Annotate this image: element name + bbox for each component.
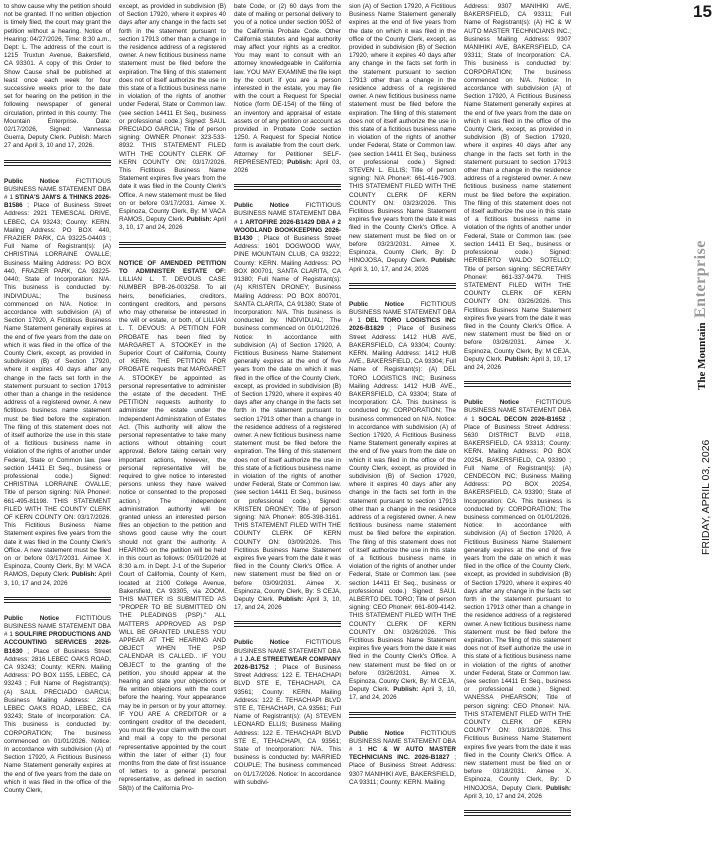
notice-divider xyxy=(4,160,111,166)
page-number: 15 xyxy=(693,2,712,22)
notice-body: sion (A) of Section 17920, A Fictitious … xyxy=(349,3,456,264)
notice-divider xyxy=(119,242,226,248)
notice-divider xyxy=(464,381,571,387)
notice-divider xyxy=(349,283,456,289)
publish-label: Publish: xyxy=(431,257,456,264)
dateline: FRIDAY, APRIL 03, 2026 xyxy=(700,440,712,555)
notice-heading: NOTICE OF AMENDED PETITION TO ADMINISTER… xyxy=(119,260,226,275)
publish-label: Publish: xyxy=(72,571,97,578)
fictitious-business-notice: Public Notice FICTITIOUS BUSINESS NAME S… xyxy=(4,615,111,795)
publish-dates: April 3, 10, 17 and 24, 2026 xyxy=(464,793,542,800)
notice-body: LILLIAN L. T. DEVOUS CASE NUMBER BPB-26-… xyxy=(119,276,226,792)
notice-continuation: Address: 9307 MANIHIKI AVE, BAKERSFIELD,… xyxy=(464,3,571,372)
newspaper-page: to show cause why the petition should no… xyxy=(0,0,723,856)
notice-body: to show cause why the petition should no… xyxy=(4,3,111,149)
notice-body: ; Place of Business Street Address: 122 … xyxy=(234,664,341,786)
notice-body: bate Code, or (2) 60 days from the date … xyxy=(234,3,341,166)
publish-label: Publish: xyxy=(546,785,571,792)
notice-lead: Public Notice xyxy=(234,639,289,646)
notice-body: ; Place of Business Street Address: 1601… xyxy=(234,235,341,603)
fictitious-business-notice: Public Notice FICTITIOUS BUSINESS NAME S… xyxy=(4,178,111,588)
notice-divider xyxy=(349,712,456,718)
publish-label: Publish: xyxy=(287,159,312,166)
notice-continuation: except, as provided in subdivision (B) o… xyxy=(119,3,226,233)
masthead-name: Enterprise xyxy=(692,240,709,318)
column-1: to show cause why the petition should no… xyxy=(4,3,111,856)
column-4: sion (A) of Section 17920, A Fictitious … xyxy=(349,3,456,856)
notice-divider xyxy=(464,810,571,816)
fictitious-business-notice: Public Notice FICTITIOUS BUSINESS NAME S… xyxy=(234,639,341,787)
publish-label: Publish: xyxy=(393,686,418,693)
notice-divider xyxy=(234,184,341,190)
notice-lead: Public Notice xyxy=(349,301,404,308)
notice-divider xyxy=(4,597,111,603)
notice-lead: Public Notice xyxy=(349,730,404,737)
notice-body: ; Place of Business Street Address: 1412… xyxy=(349,325,456,693)
page-rail: 15 The Mountain Enterprise FRIDAY, APRIL… xyxy=(690,0,723,856)
notice-lead: Public Notice xyxy=(234,202,289,209)
notice-lead: Public Notice xyxy=(4,615,59,622)
legal-notices-columns: to show cause why the petition should no… xyxy=(4,3,688,856)
publish-label: Publish: xyxy=(187,216,212,223)
notice-divider xyxy=(234,621,341,627)
notice-body: ; Place of Business Street Address: 2921… xyxy=(4,202,111,578)
notice-body: ; Place of Business Street Address: 5630… xyxy=(464,416,571,792)
notice-dba-name: HC & W AUTO MASTER TECHNICIANS INC. 2026… xyxy=(349,746,456,761)
column-3: bate Code, or (2) 60 days from the date … xyxy=(234,3,341,856)
notice-body: ; Place of Business Street Address: 2816… xyxy=(4,648,111,794)
masthead: The Mountain Enterprise xyxy=(692,240,710,390)
notice-lead: Public Notice xyxy=(464,399,519,406)
fictitious-business-notice: Public Notice FICTITIOUS BUSINESS NAME S… xyxy=(464,399,571,801)
publish-label: Publish: xyxy=(505,356,530,363)
column-2: except, as provided in subdivision (B) o… xyxy=(119,3,226,856)
notice-lead: Public Notice xyxy=(4,178,59,185)
publish-label: Publish: xyxy=(278,596,303,603)
notice-continuation: bate Code, or (2) 60 days from the date … xyxy=(234,3,341,175)
probate-notice: NOTICE OF AMENDED PETITION TO ADMINISTER… xyxy=(119,260,226,793)
notice-continuation: to show cause why the petition should no… xyxy=(4,3,111,151)
fictitious-business-notice: Public Notice FICTITIOUS BUSINESS NAME S… xyxy=(349,730,456,787)
notice-body: except, as provided in subdivision (B) o… xyxy=(119,3,226,223)
fictitious-business-notice: Public Notice FICTITIOUS BUSINESS NAME S… xyxy=(349,301,456,703)
notice-body: Address: 9307 MANIHIKI AVE, BAKERSFIELD,… xyxy=(464,3,571,363)
publish-dates: April 3, 10, 17, and 24, 2026 xyxy=(349,266,429,273)
fictitious-business-notice: Public Notice FICTITIOUS BUSINESS NAME S… xyxy=(234,202,341,612)
masthead-prefix: The Mountain xyxy=(696,322,708,390)
column-5: Address: 9307 MANIHIKI AVE, BAKERSFIELD,… xyxy=(464,3,571,856)
notice-dba-name: SOCAL DECON 2026-B1652 xyxy=(478,416,565,423)
notice-continuation: sion (A) of Section 17920, A Fictitious … xyxy=(349,3,456,274)
